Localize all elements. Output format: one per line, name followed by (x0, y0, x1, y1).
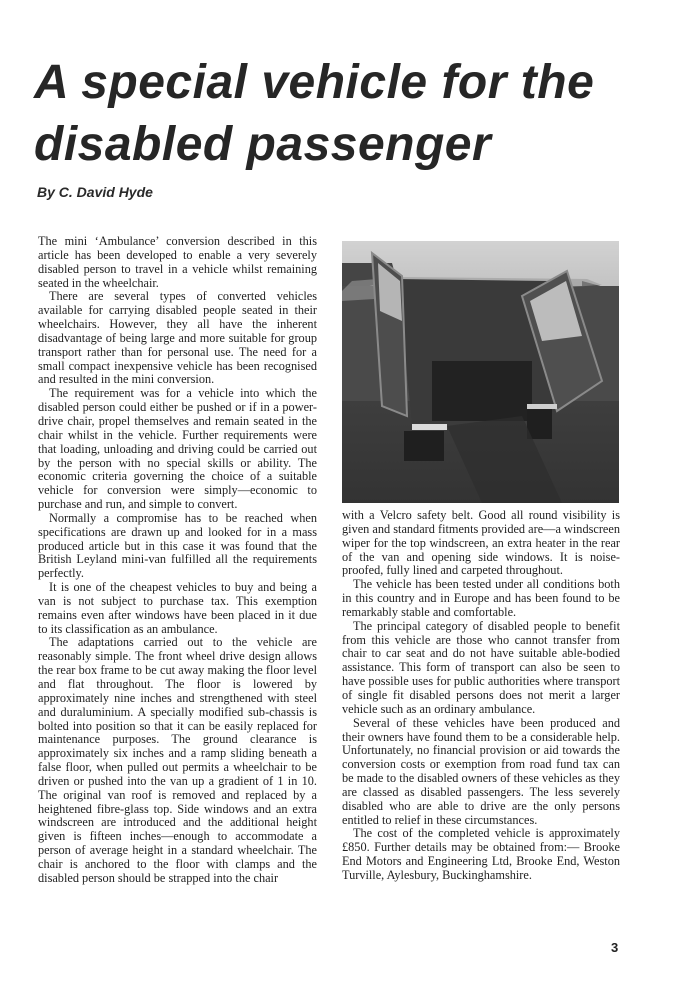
paragraph: There are several types of converted veh… (38, 290, 317, 387)
vehicle-photo (342, 241, 619, 503)
paragraph: The adaptations carried out to the vehic… (38, 636, 317, 885)
paragraph: The cost of the completed vehicle is app… (342, 827, 620, 882)
van-rear-image (342, 241, 619, 503)
article-byline: By C. David Hyde (37, 184, 153, 200)
article-title: A special vehicle for the disabled passe… (34, 52, 674, 176)
paragraph: The principal category of disabled peopl… (342, 620, 620, 717)
page-number: 3 (611, 940, 618, 955)
paragraph: The mini ‘Ambulance’ conversion describe… (38, 235, 317, 290)
paragraph: The vehicle has been tested under all co… (342, 578, 620, 620)
paragraph: The requirement was for a vehicle into w… (38, 387, 317, 512)
right-column: with a Velcro safety belt. Good all roun… (342, 509, 620, 883)
paragraph: Several of these vehicles have been prod… (342, 717, 620, 828)
paragraph: with a Velcro safety belt. Good all roun… (342, 509, 620, 578)
paragraph: Normally a compromise has to be reached … (38, 512, 317, 581)
paragraph: It is one of the cheapest vehicles to bu… (38, 581, 317, 636)
left-column: The mini ‘Ambulance’ conversion describe… (38, 235, 317, 886)
